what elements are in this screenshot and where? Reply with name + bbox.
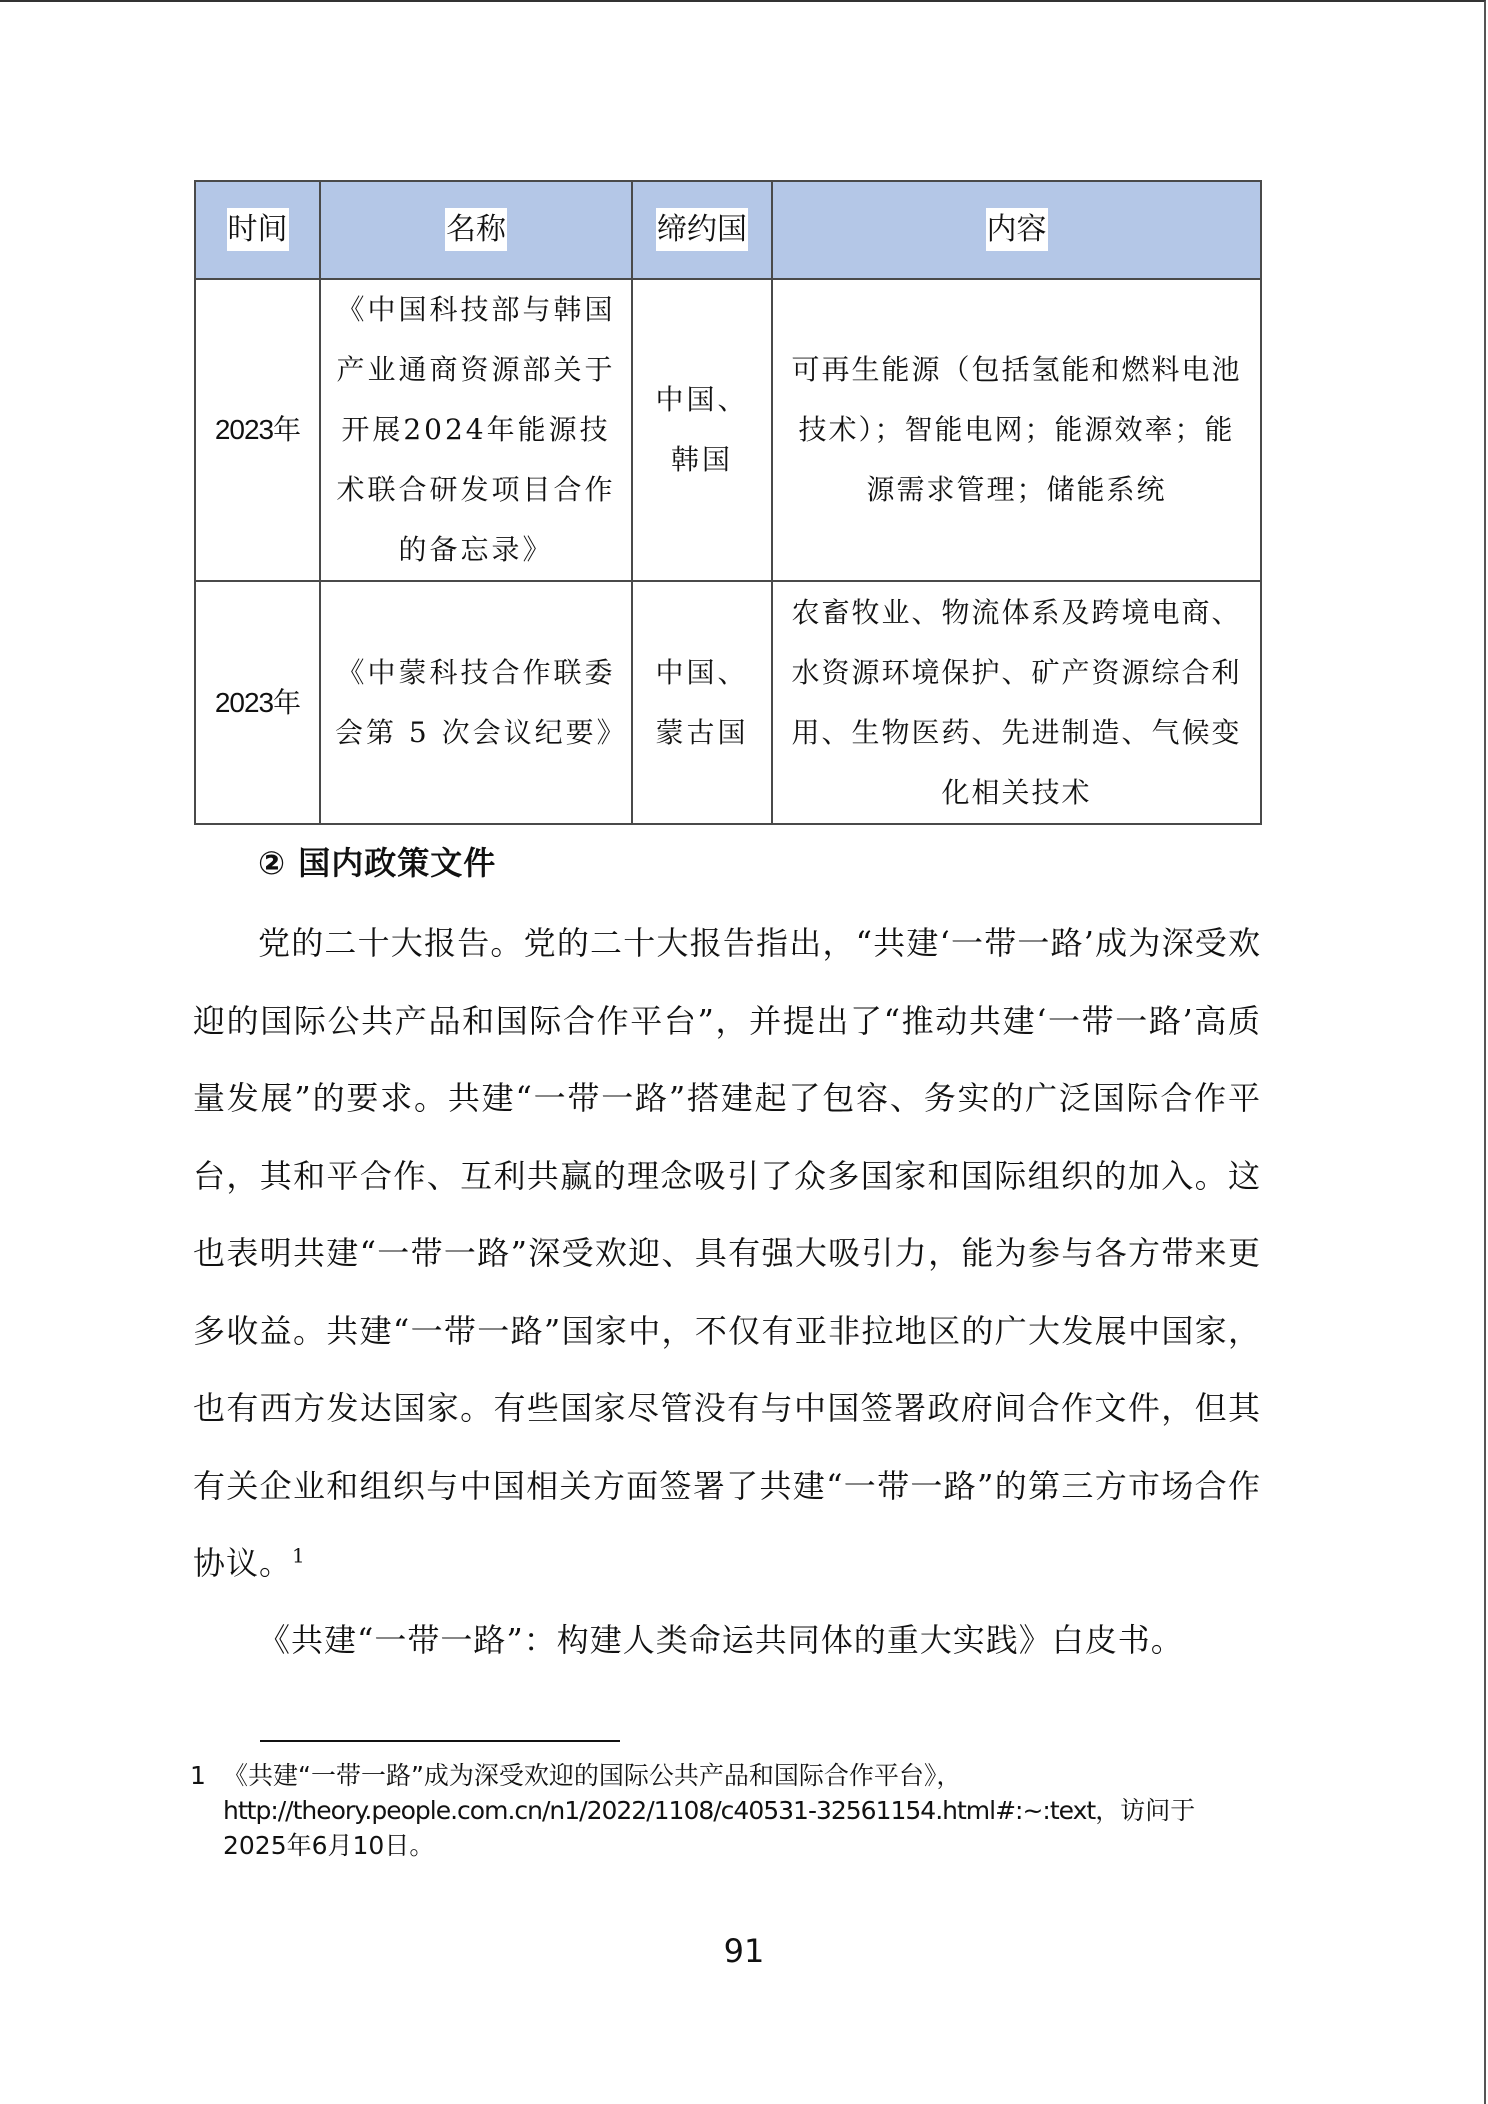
- footnote-title: 《共建“一带一路”成为深受欢迎的国际公共产品和国际合作平台》，: [223, 1761, 961, 1790]
- body-paragraph: 《共建“一带一路”：构建人类命运共同体的重大实践》白皮书。: [193, 1602, 1261, 1680]
- footnote-access-date: 2025年6月10日。: [223, 1831, 434, 1860]
- footnote-url-link[interactable]: http://theory.people.com.cn/n1/2022/1108…: [223, 1796, 1095, 1825]
- cell-parties: 中国、蒙古国: [632, 581, 772, 824]
- header-name: 名称: [320, 181, 632, 279]
- header-content: 内容: [772, 181, 1261, 279]
- footnote-access-note: ，访问于: [1095, 1796, 1195, 1825]
- header-time: 时间: [195, 181, 320, 279]
- table-header-row: 时间 名称 缔约国 内容: [195, 181, 1261, 279]
- cell-parties: 中国、韩国: [632, 279, 772, 581]
- table-row: 2023年 《中蒙科技合作联委会第 5 次会议纪要》 中国、蒙古国 农畜牧业、物…: [195, 581, 1261, 824]
- footnote-number: 1: [190, 1758, 206, 1793]
- footnote: 1 《共建“一带一路”成为深受欢迎的国际公共产品和国际合作平台》， http:/…: [190, 1758, 1260, 1863]
- section-heading: ② 国内政策文件: [258, 838, 496, 884]
- cell-content: 可再生能源（包括氢能和燃料电池技术）；智能电网；能源效率；能源需求管理；储能系统: [772, 279, 1261, 581]
- footnote-separator: [260, 1740, 620, 1742]
- cell-name: 《中国科技部与韩国产业通商资源部关于开展2024年能源技术联合研发项目合作的备忘…: [320, 279, 632, 581]
- agreements-table: 时间 名称 缔约国 内容 2023年 《中国科技部与韩国产业通商资源部关于开展2…: [194, 180, 1262, 825]
- cell-name: 《中蒙科技合作联委会第 5 次会议纪要》: [320, 581, 632, 824]
- footnote-reference[interactable]: 1: [292, 1543, 306, 1567]
- body-paragraph: 党的二十大报告。党的二十大报告指出，“共建‘一带一路’成为深受欢迎的国际公共产品…: [193, 905, 1261, 1603]
- table-row: 2023年 《中国科技部与韩国产业通商资源部关于开展2024年能源技术联合研发项…: [195, 279, 1261, 581]
- paragraph-text: 党的二十大报告。党的二十大报告指出，“共建‘一带一路’成为深受欢迎的国际公共产品…: [193, 924, 1261, 1582]
- page-number: 91: [0, 1932, 1488, 1970]
- footnote-body: 《共建“一带一路”成为深受欢迎的国际公共产品和国际合作平台》， http://t…: [223, 1758, 1260, 1863]
- header-parties: 缔约国: [632, 181, 772, 279]
- cell-time: 2023年: [195, 581, 320, 824]
- cell-content: 农畜牧业、物流体系及跨境电商、水资源环境保护、矿产资源综合利用、生物医药、先进制…: [772, 581, 1261, 824]
- cell-time: 2023年: [195, 279, 320, 581]
